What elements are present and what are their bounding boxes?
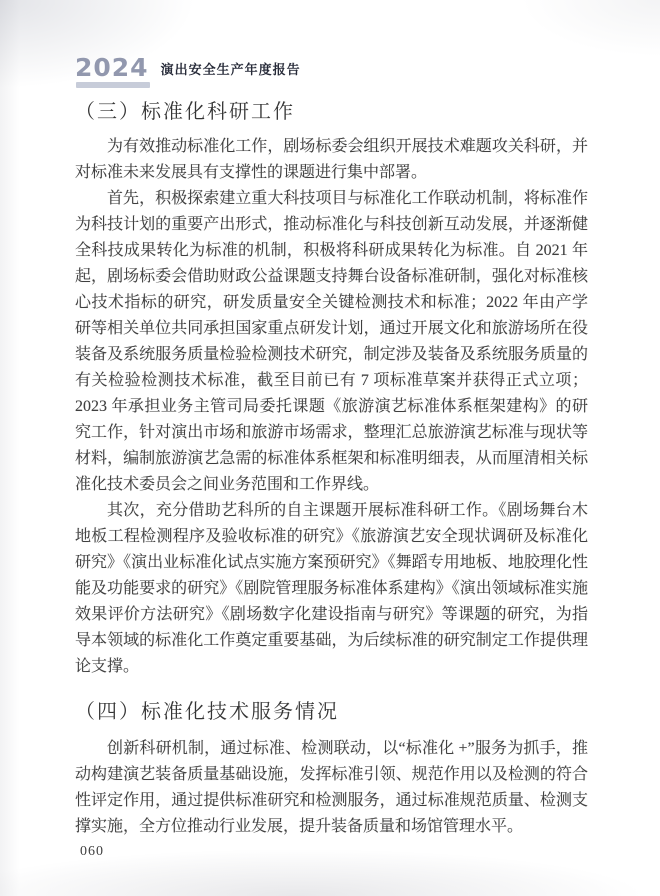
- section-heading-technical-services: （四）标准化技术服务情况: [75, 698, 588, 726]
- section-heading-standardization-research: （三）标准化科研工作: [75, 98, 588, 126]
- page-number: 060: [80, 844, 104, 860]
- report-year-block: 2024: [75, 55, 149, 80]
- document-page: 2024 演出安全生产年度报告 （三）标准化科研工作 为有效推动标准化工作，剧场…: [0, 0, 660, 896]
- paragraph-second: 其次，充分借助艺科所的自主课题开展标准科研工作。《剧场舞台木地板工程检测程序及验…: [75, 498, 588, 680]
- report-header: 2024 演出安全生产年度报告: [75, 46, 588, 80]
- paragraph-services: 创新科研机制，通过标准、检测联动，以“标准化 +”服务为抓手，推动构建演艺装备质…: [75, 736, 588, 840]
- paragraph-intro: 为有效推动标准化工作，剧场标委会组织开展技术难题攻关科研，并对标准未来发展具有支…: [75, 134, 588, 186]
- page-content: 2024 演出安全生产年度报告 （三）标准化科研工作 为有效推动标准化工作，剧场…: [0, 0, 660, 840]
- report-title: 演出安全生产年度报告: [161, 59, 301, 80]
- year-underline: [76, 82, 150, 88]
- paragraph-first: 首先，积极探索建立重大科技项目与标准化工作联动机制，将标准作为科技计划的重要产出…: [75, 186, 588, 498]
- report-year: 2024: [75, 53, 149, 82]
